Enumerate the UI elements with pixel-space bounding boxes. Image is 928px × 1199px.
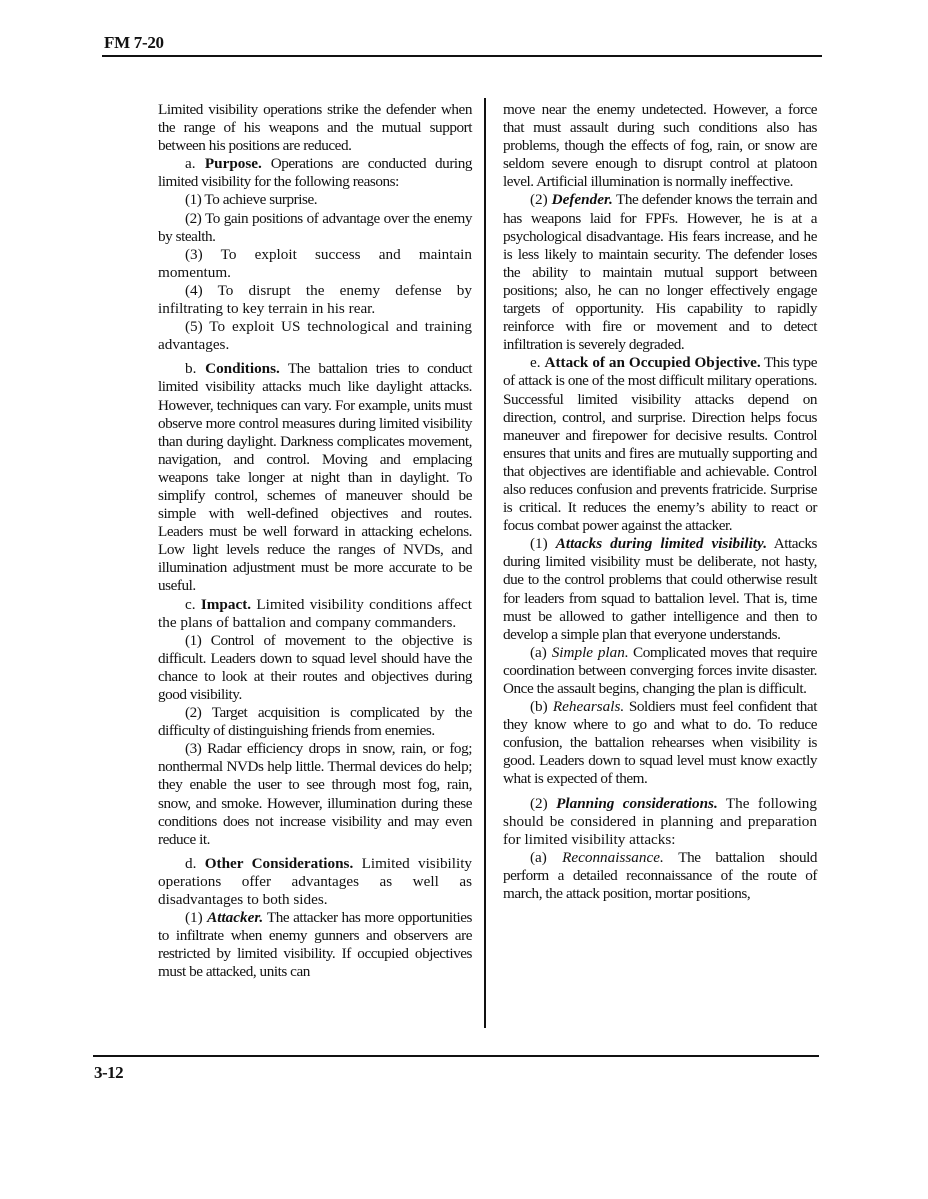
attacker-paragraph: (1) Attacker. The attacker has more oppo… — [158, 909, 472, 981]
occupied-label: e. — [530, 354, 545, 371]
occupied-objective-paragraph: e. Attack of an Occupied Objective. This… — [503, 354, 817, 535]
conditions-label: b. — [185, 360, 205, 377]
other-label: d. — [185, 855, 205, 872]
conditions-heading: Conditions. — [205, 360, 280, 377]
defender-label: (2) — [530, 191, 552, 208]
attacks-during-label: (1) — [530, 535, 556, 552]
purpose-reason-1: (1) To achieve surprise. — [158, 191, 472, 209]
purpose-label: a. — [185, 155, 205, 172]
planning-label: (2) — [530, 795, 556, 812]
reconnaissance-paragraph: (a) Reconnaissance. The battalion should… — [503, 849, 817, 903]
occupied-text: This type of attack is one of the most d… — [503, 354, 817, 534]
purpose-heading: Purpose. — [205, 155, 262, 172]
purpose-reason-3: (3) To exploit success and maintain mome… — [158, 246, 472, 282]
purpose-reason-5: (5) To exploit US technological and trai… — [158, 318, 472, 354]
other-heading: Other Considerations. — [205, 855, 354, 872]
purpose-reason-4: (4) To disrupt the enemy defense by infi… — [158, 282, 472, 318]
impact-item-1: (1) Control of movement to the objective… — [158, 632, 472, 704]
intro-paragraph: Limited visibility operations strike the… — [158, 101, 472, 155]
simple-plan-paragraph: (a) Simple plan. Complicated moves that … — [503, 644, 817, 698]
impact-label: c. — [185, 596, 201, 613]
simple-plan-label: (a) — [530, 644, 552, 661]
planning-paragraph: (2) Planning considerations. The followi… — [503, 795, 817, 849]
reconnaissance-heading: Reconnaissance. — [562, 849, 664, 866]
defender-paragraph: (2) Defender. The defender knows the ter… — [503, 191, 817, 354]
rehearsals-label: (b) — [530, 698, 553, 715]
attacker-heading: Attacker. — [207, 909, 263, 926]
attacks-during-paragraph: (1) Attacks during limited visibility. A… — [503, 535, 817, 644]
defender-text: The defender knows the terrain and has w… — [503, 191, 817, 353]
impact-item-2: (2) Target acquisition is complicated by… — [158, 704, 472, 740]
occupied-heading: Attack of an Occupied Objective. — [545, 354, 761, 371]
impact-heading: Impact. — [201, 596, 251, 613]
simple-plan-heading: Simple plan. — [552, 644, 629, 661]
footer-rule — [93, 1055, 819, 1057]
defender-heading: Defender. — [552, 191, 613, 208]
other-considerations-paragraph: d. Other Considerations. Limited visibil… — [158, 855, 472, 909]
right-column: move near the enemy undetected. However,… — [503, 101, 817, 903]
impact-paragraph: c. Impact. Limited visibility conditions… — [158, 596, 472, 632]
rehearsals-paragraph: (b) Rehearsals. Soldiers must feel confi… — [503, 698, 817, 788]
planning-heading: Planning considerations. — [556, 795, 718, 812]
attacker-label: (1) — [185, 909, 207, 926]
conditions-text: The battalion tries to conduct limited v… — [158, 360, 472, 594]
continuation-paragraph: move near the enemy undetected. However,… — [503, 101, 817, 191]
conditions-paragraph: b. Conditions. The battalion tries to co… — [158, 360, 472, 595]
header-rule — [102, 55, 822, 57]
column-divider — [484, 98, 486, 1028]
running-head: FM 7-20 — [104, 33, 164, 53]
rehearsals-heading: Rehearsals. — [553, 698, 624, 715]
impact-item-3: (3) Radar efficiency drops in snow, rain… — [158, 740, 472, 849]
purpose-paragraph: a. Purpose. Operations are conducted dur… — [158, 155, 472, 191]
left-column: Limited visibility operations strike the… — [158, 101, 472, 982]
page-number: 3-12 — [94, 1063, 123, 1083]
attacks-during-heading: Attacks during limited visibility. — [556, 535, 767, 552]
reconnaissance-label: (a) — [530, 849, 562, 866]
purpose-reason-2: (2) To gain positions of advantage over … — [158, 210, 472, 246]
